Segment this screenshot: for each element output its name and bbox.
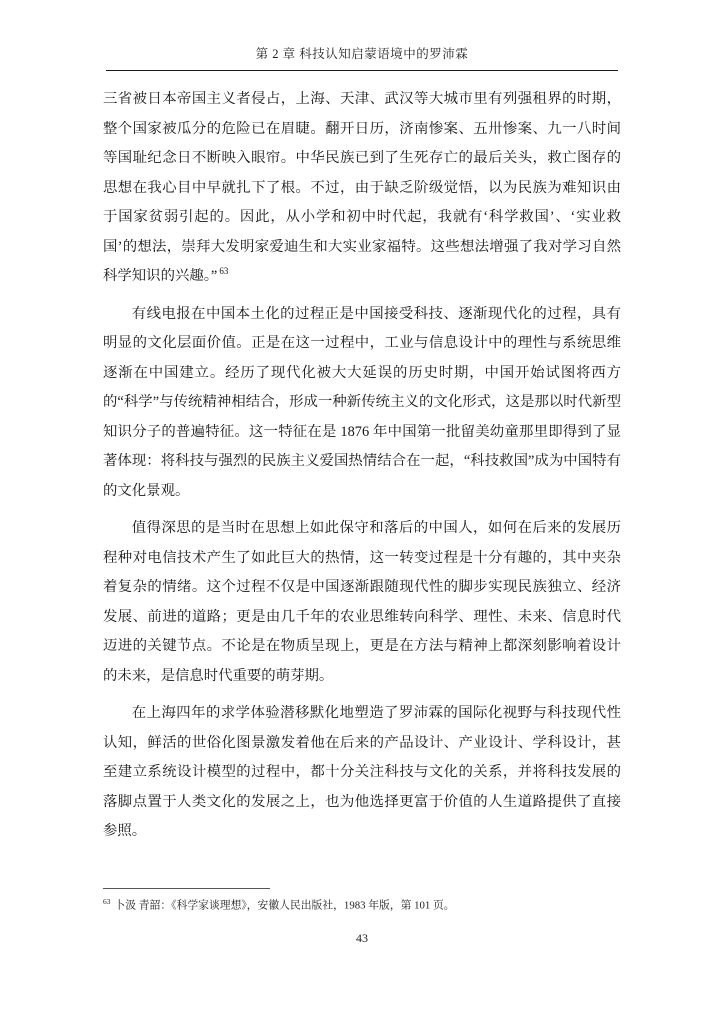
footnote: 63卜汲 青韶：《科学家谈理想》，安徽人民出版社，1983 年版，第 101 页… bbox=[103, 894, 621, 914]
footnote-area: 63卜汲 青韶：《科学家谈理想》，安徽人民出版社，1983 年版，第 101 页… bbox=[103, 888, 621, 914]
paragraph: 在上海四年的求学体验潜移默化地塑造了罗沛霖的国际化视野与科技现代性认知，鲜活的世… bbox=[103, 699, 621, 847]
page-number: 43 bbox=[0, 931, 724, 946]
paragraph-quote-continuation: 三省被日本帝国主义者侵占，上海、天津、武汉等大城市里有列强租界的时期，整个国家被… bbox=[103, 85, 621, 292]
footnote-separator bbox=[103, 888, 270, 889]
header-divider bbox=[106, 70, 618, 71]
running-header-chapter-title: 第 2 章 科技认知启蒙语境中的罗沛霖 bbox=[106, 46, 618, 63]
page-body: 三省被日本帝国主义者侵占，上海、天津、武汉等大城市里有列强租界的时期，整个国家被… bbox=[103, 85, 621, 855]
footnote-citation-text: 卜汲 青韶：《科学家谈理想》，安徽人民出版社，1983 年版，第 101 页。 bbox=[115, 900, 455, 912]
paragraph: 值得深思的是当时在思想上如此保守和落后的中国人，如何在后来的发展历程种对电信技术… bbox=[103, 514, 621, 691]
footnote-marker: 63 bbox=[103, 897, 111, 906]
document-page: 第 2 章 科技认知启蒙语境中的罗沛霖 三省被日本帝国主义者侵占，上海、天津、武… bbox=[0, 0, 724, 1023]
paragraph-text: 三省被日本帝国主义者侵占，上海、天津、武汉等大城市里有列强租界的时期，整个国家被… bbox=[103, 91, 621, 284]
paragraph: 有线电报在中国本土化的过程正是中国接受科技、逐渐现代化的过程，具有明显的文化层面… bbox=[103, 300, 621, 507]
footnote-reference-mark: 63 bbox=[219, 266, 228, 276]
